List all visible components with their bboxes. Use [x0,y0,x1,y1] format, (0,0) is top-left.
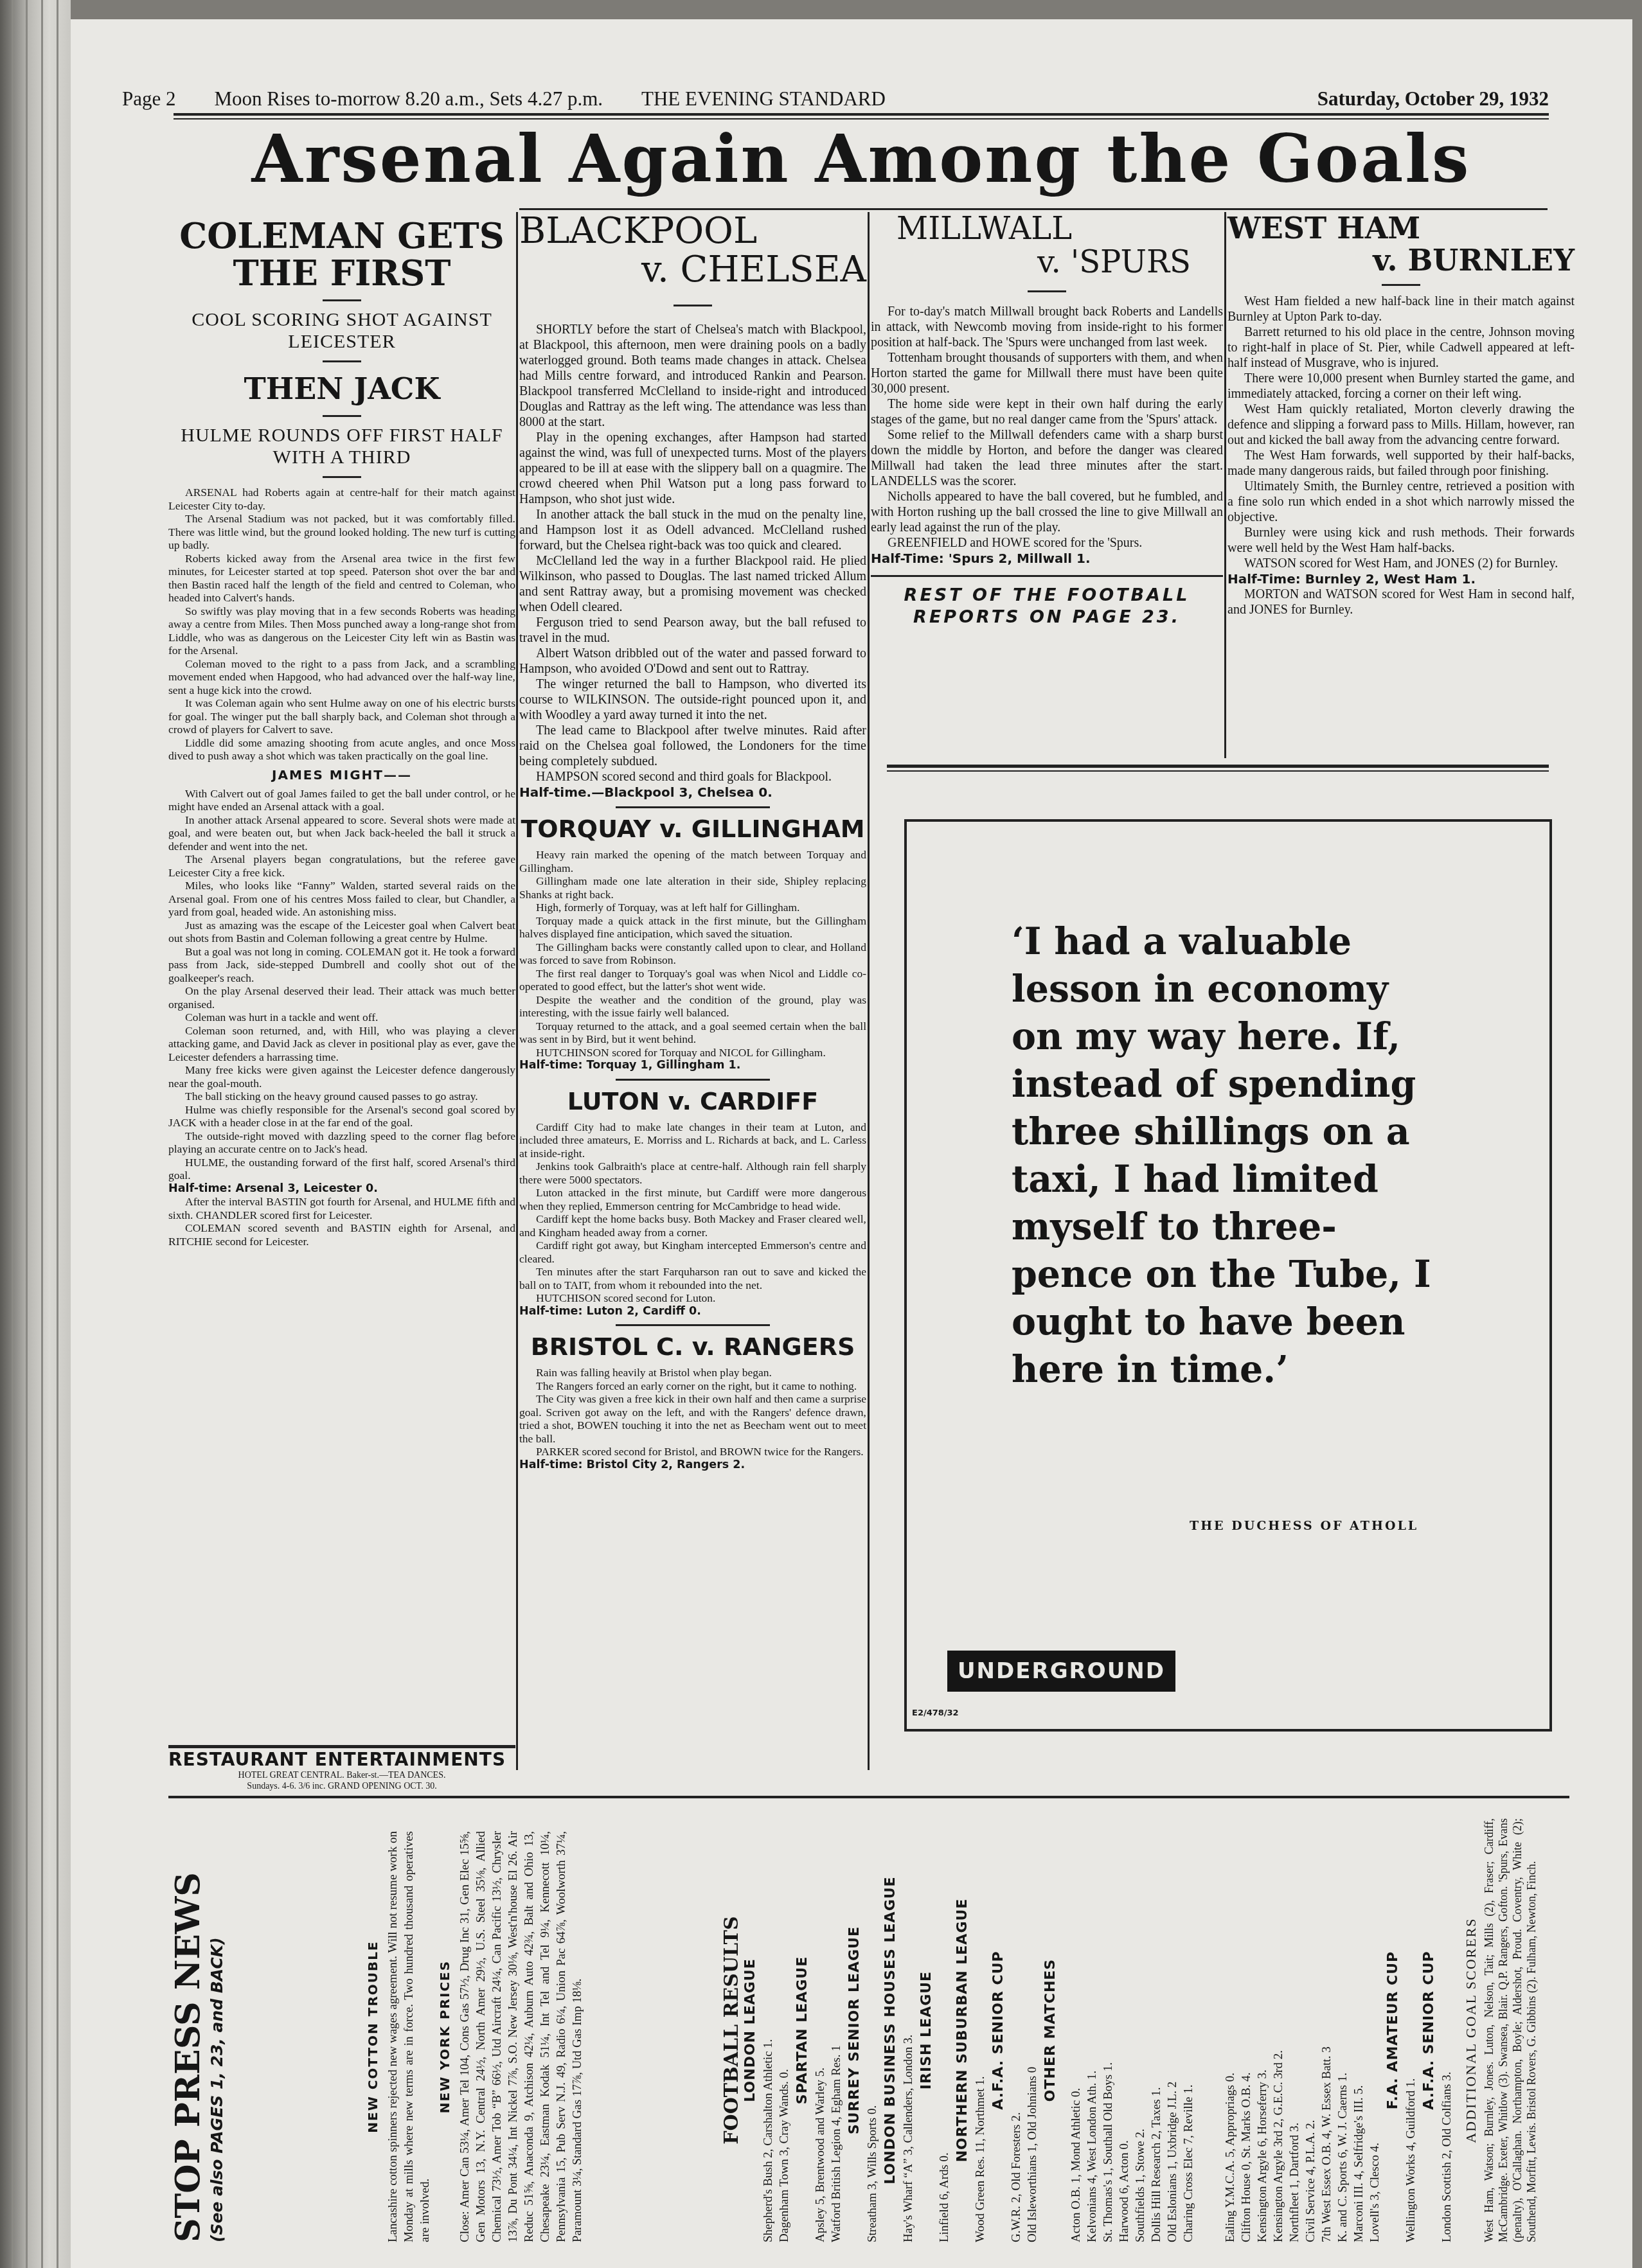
scorers-title: ADDITIONAL GOAL SCORERS [1464,1818,1478,2242]
result-line: Charing Cross Elec 7, Reville 1. [1181,1818,1197,2242]
ny-prices-title: NEW YORK PRICES [437,1831,453,2242]
halftime-score: Half-time: Bristol City 2, Rangers 2. [519,1458,866,1472]
paragraph: High, formerly of Torquay, was at left h… [519,901,866,914]
league-title: SPARTAN LEAGUE [794,1818,810,2242]
paragraph: Despite the weather and the condition of… [519,993,866,1020]
paragraph: Miles, who looks like “Fanny” Walden, st… [168,879,515,919]
paper-name: THE EVENING STANDARD [641,87,886,111]
league-title: OTHER MATCHES [1042,1818,1058,2242]
luton-body: Cardiff City had to make late changes in… [519,1121,866,1318]
paragraph: With Calvert out of goal James failed to… [168,787,515,813]
book-binding [0,0,71,2268]
ny-prices-text: Close: Amer Can 53¼, Amer Tel 104, Cons … [457,1831,585,2242]
page-edge [12,0,13,2268]
westham-body: West Ham fielded a new half-back line in… [1227,294,1575,617]
short-rule [323,476,361,478]
arsenal-report: COLEMAN GETS THE FIRST COOL SCORING SHOT… [168,212,515,1248]
paragraph: GREENFIELD and HOWE scored for the 'Spur… [871,535,1223,551]
paragraph: In another attack Arsenal appeared to sc… [168,813,515,853]
arsenal-subheading: COOL SCORING SHOT AGAINST LEICESTER [168,309,515,353]
paragraph: WATSON scored for West Ham, and JONES (2… [1227,556,1575,571]
result-line: Hay's Wharf “A” 3, Callenders, London 3. [900,1818,916,2242]
halftime-score: Half-time: Arsenal 3, Leicester 0. [168,1182,515,1196]
paragraph: HUTCHISON scored second for Luton. [519,1291,866,1305]
paragraph: Just as amazing was the escape of the Le… [168,919,515,945]
paragraph: Play in the opening exchanges, after Ham… [519,430,866,507]
section-rule [616,1079,770,1081]
paragraph: West Ham fielded a new half-back line in… [1227,294,1575,324]
paragraph: But a goal was not long in coming. COLEM… [168,945,515,985]
arsenal-heading: COLEMAN GETS THE FIRST [168,217,515,292]
other-matches-2: Ealing Y.M.C.A. 5, Appropriags 0. Clifto… [1222,1818,1455,2242]
result-line: St. Thomas's 1, Southall Old Boys 1. [1100,1818,1116,2242]
halftime-score: Half-time: Torquay 1, Gillingham 1. [519,1059,866,1072]
westham-heading-2: v. BURNLEY [1227,244,1575,276]
paragraph: Cardiff kept the home backs busy. Both M… [519,1212,866,1239]
paragraph: The lead came to Blackpool after twelve … [519,723,866,769]
result-line: Southfields 1, Stowe 2. [1132,1818,1148,2242]
paragraph: For to-day's match Millwall brought back… [871,304,1223,350]
blackpool-body: SHORTLY before the start of Chelsea's ma… [519,322,866,800]
paragraph: Roberts kicked away from the Arsenal are… [168,552,515,605]
league-title: LONDON LEAGUE [742,1818,758,2242]
short-rule [674,305,712,306]
result-line: Kelvonians 4, West London Ath. 1. [1084,1818,1100,2242]
page-number: Page 2 [122,87,176,111]
paragraph: MORTON and WATSON scored for West Ham in… [1227,587,1575,617]
result-line: Streatham 3, Wills Sports 0. [864,1818,880,2242]
result-line: Acton O.B. 1, Mond Athletic 0. [1068,1818,1084,2242]
paragraph: So swiftly was play moving that in a few… [168,605,515,657]
paragraph: Albert Watson dribbled out of the water … [519,646,866,677]
additional-goal-scorers: ADDITIONAL GOAL SCORERS West Ham, Watson… [1460,1818,1539,2242]
paragraph: The winger returned the ball to Hampson,… [519,677,866,723]
football-results-title: FOOTBALL RESULTS [724,1818,740,2242]
result-line: K. and C. Sports 6, W. J. Caerns 1. [1335,1818,1351,2242]
league-title: NORTHERN SUBURBAN LEAGUE [954,1818,970,2242]
stop-press-subtitle: (See also PAGES 1, 23, and BACK) [208,1872,226,2242]
page-headline: Arsenal Again Among the Goals [174,121,1549,198]
paragraph: After the interval BASTIN got fourth for… [168,1195,515,1221]
masthead-rule [174,113,1549,116]
halftime-score: Half-time: Luton 2, Cardiff 0. [519,1305,866,1318]
paragraph: The first real danger to Torquay's goal … [519,967,866,993]
millwall-body: For to-day's match Millwall brought back… [871,304,1223,566]
blackpool-heading-2: v. CHELSEA [519,251,866,289]
league-title: F.A. AMATEUR CUP [1385,1818,1401,2242]
short-rule [1028,290,1066,292]
paragraph: The Arsenal Stadium was not packed, but … [168,512,515,552]
millwall-heading-2: v. 'SPURS [871,245,1223,279]
millwall-heading: MILLWALL [871,212,1223,245]
result-line: Linfield 6, Ards 0. [936,1818,952,2242]
result-line: Shepherd's Bush 2, Carshalton Athletic 1… [760,1818,776,2242]
league-title: IRISH LEAGUE [918,1818,934,2242]
section-rule [168,1745,515,1748]
paragraph: The Arsenal players began congratulation… [168,853,515,879]
paragraph: Ferguson tried to send Pearson away, but… [519,615,866,646]
paragraph: Jenkins took Galbraith's place at centre… [519,1160,866,1186]
advert-quote: ‘I had a valuable lesson in economy on m… [1012,918,1449,1394]
paragraph: The City was given a free kick in their … [519,1392,866,1445]
restaurant-line: Sundays. 4-6. 3/6 inc. GRAND OPENING OCT… [168,1781,515,1792]
paragraph: The ball sticking on the heavy ground ca… [168,1090,515,1103]
paragraph: Cardiff City had to make late changes in… [519,1121,866,1160]
paragraph: McClelland led the way in a further Blac… [519,553,866,615]
paragraph: Cardiff right got away, but Kingham inte… [519,1239,866,1265]
restaurant-line: HOTEL GREAT CENTRAL. Baker-st.—TEA DANCE… [168,1770,515,1781]
paragraph: Ten minutes after the start Farquharson … [519,1265,866,1291]
football-results: FOOTBALL RESULTS LONDON LEAGUE Shepherd'… [721,1818,1060,2242]
westham-heading: WEST HAM [1227,212,1575,244]
cotton-and-prices: NEW COTTON TROUBLE Lancashire cotton spi… [361,1831,585,2242]
result-line: Dagenham Town 3, Cray Wands. 0. [776,1818,792,2242]
masthead: Page 2 Moon Rises to-morrow 8.20 a.m., S… [122,87,1549,109]
restaurant-entertainments: RESTAURANT ENTERTAINMENTS HOTEL GREAT CE… [168,1749,515,1792]
restaurant-title: RESTAURANT ENTERTAINMENTS [168,1749,515,1770]
paragraph: Many free kicks were given against the L… [168,1063,515,1090]
section-rule [887,765,1549,768]
short-rule [323,360,361,362]
section-rule [616,1324,770,1326]
advert-attribution: THE DUCHESS OF ATHOLL [1190,1519,1418,1533]
paragraph: SHORTLY before the start of Chelsea's ma… [519,322,866,430]
paragraph: HAMPSON scored second and third goals fo… [519,769,866,784]
stop-press-rule [168,1796,1569,1798]
paragraph: COLEMAN scored seventh and BASTIN eighth… [168,1221,515,1248]
torquay-body: Heavy rain marked the opening of the mat… [519,848,866,1072]
paragraph: Rain was falling heavily at Bristol when… [519,1366,866,1379]
arsenal-subheading-2: HULME ROUNDS OFF FIRST HALF WITH A THIRD [168,425,515,468]
bristol-body: Rain was falling heavily at Bristol when… [519,1366,866,1471]
underground-logo: UNDERGROUND [947,1651,1175,1692]
paragraph: Ultimately Smith, the Burnley centre, re… [1227,479,1575,525]
result-line: Clifton House 0, St. Marks O.B. 4. [1238,1818,1254,2242]
short-rule [323,299,361,301]
paragraph: PARKER scored second for Bristol, and BR… [519,1445,866,1458]
scorers-text: West Ham, Watson; Burnley, Jones. Luton,… [1482,1818,1539,2242]
continued-notice: REST OF THE FOOTBALL REPORTS ON PAGE 23. [871,585,1223,628]
league-title: LONDON BUSINESS HOUSES LEAGUE [882,1818,898,2242]
stop-press-heading: STOP PRESS NEWS (See also PAGES 1, 23, a… [168,1872,226,2242]
westham-report: WEST HAM v. BURNLEY West Ham fielded a n… [1227,212,1575,617]
league-title: SURREY SENIOR LEAGUE [846,1818,862,2242]
halftime-score: Half-Time: Burnley 2, West Ham 1. [1227,571,1575,587]
cotton-title: NEW COTTON TROUBLE [365,1831,381,2242]
paragraph: Coleman moved to the right to a pass fro… [168,657,515,697]
result-line: Civil Service 4, P.L.A. 2. [1303,1818,1319,2242]
result-line: Ealing Y.M.C.A. 5, Appropriags 0. [1222,1818,1238,2242]
column-rule [868,212,870,1770]
bristol-heading: BRISTOL C. v. RANGERS [519,1333,866,1361]
result-line: G.W.R. 2, Old Foresters 2. [1008,1818,1024,2242]
arsenal-heading-2: THEN JACK [168,370,515,407]
result-line: Watford British Legion 4, Egham Res. 1 [828,1818,844,2242]
stop-press: STOP PRESS NEWS (See also PAGES 1, 23, a… [168,1818,1569,2255]
paragraph: Burnley were using kick and rush methods… [1227,525,1575,556]
result-line: Wellington Works 4, Guildford 1. [1403,1818,1419,2242]
torquay-heading: TORQUAY v. GILLINGHAM [519,815,866,843]
result-line: London Scottish 2, Old Colfians 3. [1439,1818,1455,2242]
league-title: A.F.A. SENIOR CUP [1421,1818,1437,2242]
result-line: Wood Green Res. 11, Northmet 1. [972,1818,988,2242]
result-line: Marconi III. 4, Selfridge's III. 5. [1351,1818,1367,2242]
cotton-text: Lancashire cotton spinners rejected new … [385,1831,433,2242]
issue-date: Saturday, October 29, 1932 [1317,87,1549,111]
paragraph: The Gillingham backs were constantly cal… [519,941,866,967]
result-line: Dollis Hill Research 2, Taxes 1. [1148,1818,1165,2242]
moon-times: Moon Rises to-morrow 8.20 a.m., Sets 4.2… [215,87,603,111]
paragraph: There were 10,000 present when Burnley s… [1227,371,1575,402]
short-rule [323,415,361,417]
stop-press-title: STOP PRESS NEWS [168,1872,208,2242]
column-rule [1224,212,1226,758]
paragraph: Some relief to the Millwall defenders ca… [871,427,1223,489]
paragraph: Hulme was chiefly responsible for the Ar… [168,1103,515,1130]
paragraph: HUTCHINSON scored for Torquay and NICOL … [519,1046,866,1059]
result-line: 7th West Essex O.B. 4, W. Essex Batt. 3 [1319,1818,1335,2242]
result-line: Northfleet 1, Dartford 3. [1287,1818,1303,2242]
millwall-report: MILLWALL v. 'SPURS For to-day's match Mi… [871,212,1223,628]
paragraph: The home side were kept in their own hal… [871,396,1223,427]
league-title: A.F.A. SENIOR CUP [990,1818,1006,2242]
halftime-score: Half-time.—Blackpool 3, Chelsea 0. [519,784,866,800]
section-rule [871,575,1223,577]
other-matches: Acton O.B. 1, Mond Athletic 0. Kelvonian… [1068,1818,1197,2242]
paragraph: Coleman soon returned, and, with Hill, w… [168,1024,515,1064]
column-rule [516,212,518,1770]
paragraph: Gillingham made one late alteration in t… [519,874,866,901]
paragraph: Torquay returned to the attack, and a go… [519,1020,866,1046]
page-edge [41,0,43,2268]
paragraph: The Rangers forced an early corner on th… [519,1379,866,1393]
paragraph: The outside-right moved with dazzling sp… [168,1130,515,1156]
paragraph: Liddle did some amazing shooting from ac… [168,736,515,763]
paragraph: ARSENAL had Roberts again at centre-half… [168,486,515,512]
paragraph: HULME, the oustanding forward of the fir… [168,1156,515,1182]
luton-heading: LUTON v. CARDIFF [519,1087,866,1115]
short-rule [1382,284,1420,286]
advert-code: E2/478/32 [912,1708,959,1718]
paragraph: On the play Arsenal deserved their lead.… [168,984,515,1011]
paragraph: Luton attacked in the first minute, but … [519,1186,866,1212]
page-edge [57,0,58,2268]
paragraph: Barrett returned to his old place in the… [1227,324,1575,371]
result-line: Apsley 5, Brentwood and Warley 5. [812,1818,828,2242]
paragraph: Torquay made a quick attack in the first… [519,914,866,941]
paragraph: In another attack the ball stuck in the … [519,507,866,553]
result-line: Kensington Argyle 6, Horseferry 3. [1254,1818,1271,2242]
paragraph: Nicholls appeared to have the ball cover… [871,489,1223,535]
masthead-rule [174,118,1549,120]
paragraph: It was Coleman again who sent Hulme away… [168,696,515,736]
blackpool-report: BLACKPOOL v. CHELSEA SHORTLY before the … [519,212,866,1471]
paragraph: The West Ham forwards, well supported by… [1227,448,1575,479]
page-edge [26,0,28,2268]
result-line: Old Isleworthians 1, Old Johnians 0 [1024,1818,1040,2242]
arsenal-body: ARSENAL had Roberts again at centre-half… [168,486,515,1248]
section-rule [616,806,770,808]
result-line: Harwood 6, Acton 0. [1116,1818,1132,2242]
underground-advert: ‘I had a valuable lesson in economy on m… [904,819,1552,1732]
paragraph: Coleman was hurt in a tackle and went of… [168,1011,515,1024]
section-rule [887,770,1549,772]
paragraph: West Ham quickly retaliated, Morton clev… [1227,402,1575,448]
paragraph: Tottenham brought thousands of supporter… [871,350,1223,396]
result-line: Lovell's 3, Clesco 4. [1367,1818,1383,2242]
paragraph: Heavy rain marked the opening of the mat… [519,848,866,874]
blackpool-heading: BLACKPOOL [519,212,866,251]
subhead: JAMES MIGHT—— [168,766,515,783]
result-line: Kensington Argyle 3rd 2, G.E.C. 3rd 2. [1271,1818,1287,2242]
halftime-score: Half-Time: 'Spurs 2, Millwall 1. [871,551,1223,566]
result-line: Old Eslonians 1, Uxbridge J.L. 2 [1165,1818,1181,2242]
